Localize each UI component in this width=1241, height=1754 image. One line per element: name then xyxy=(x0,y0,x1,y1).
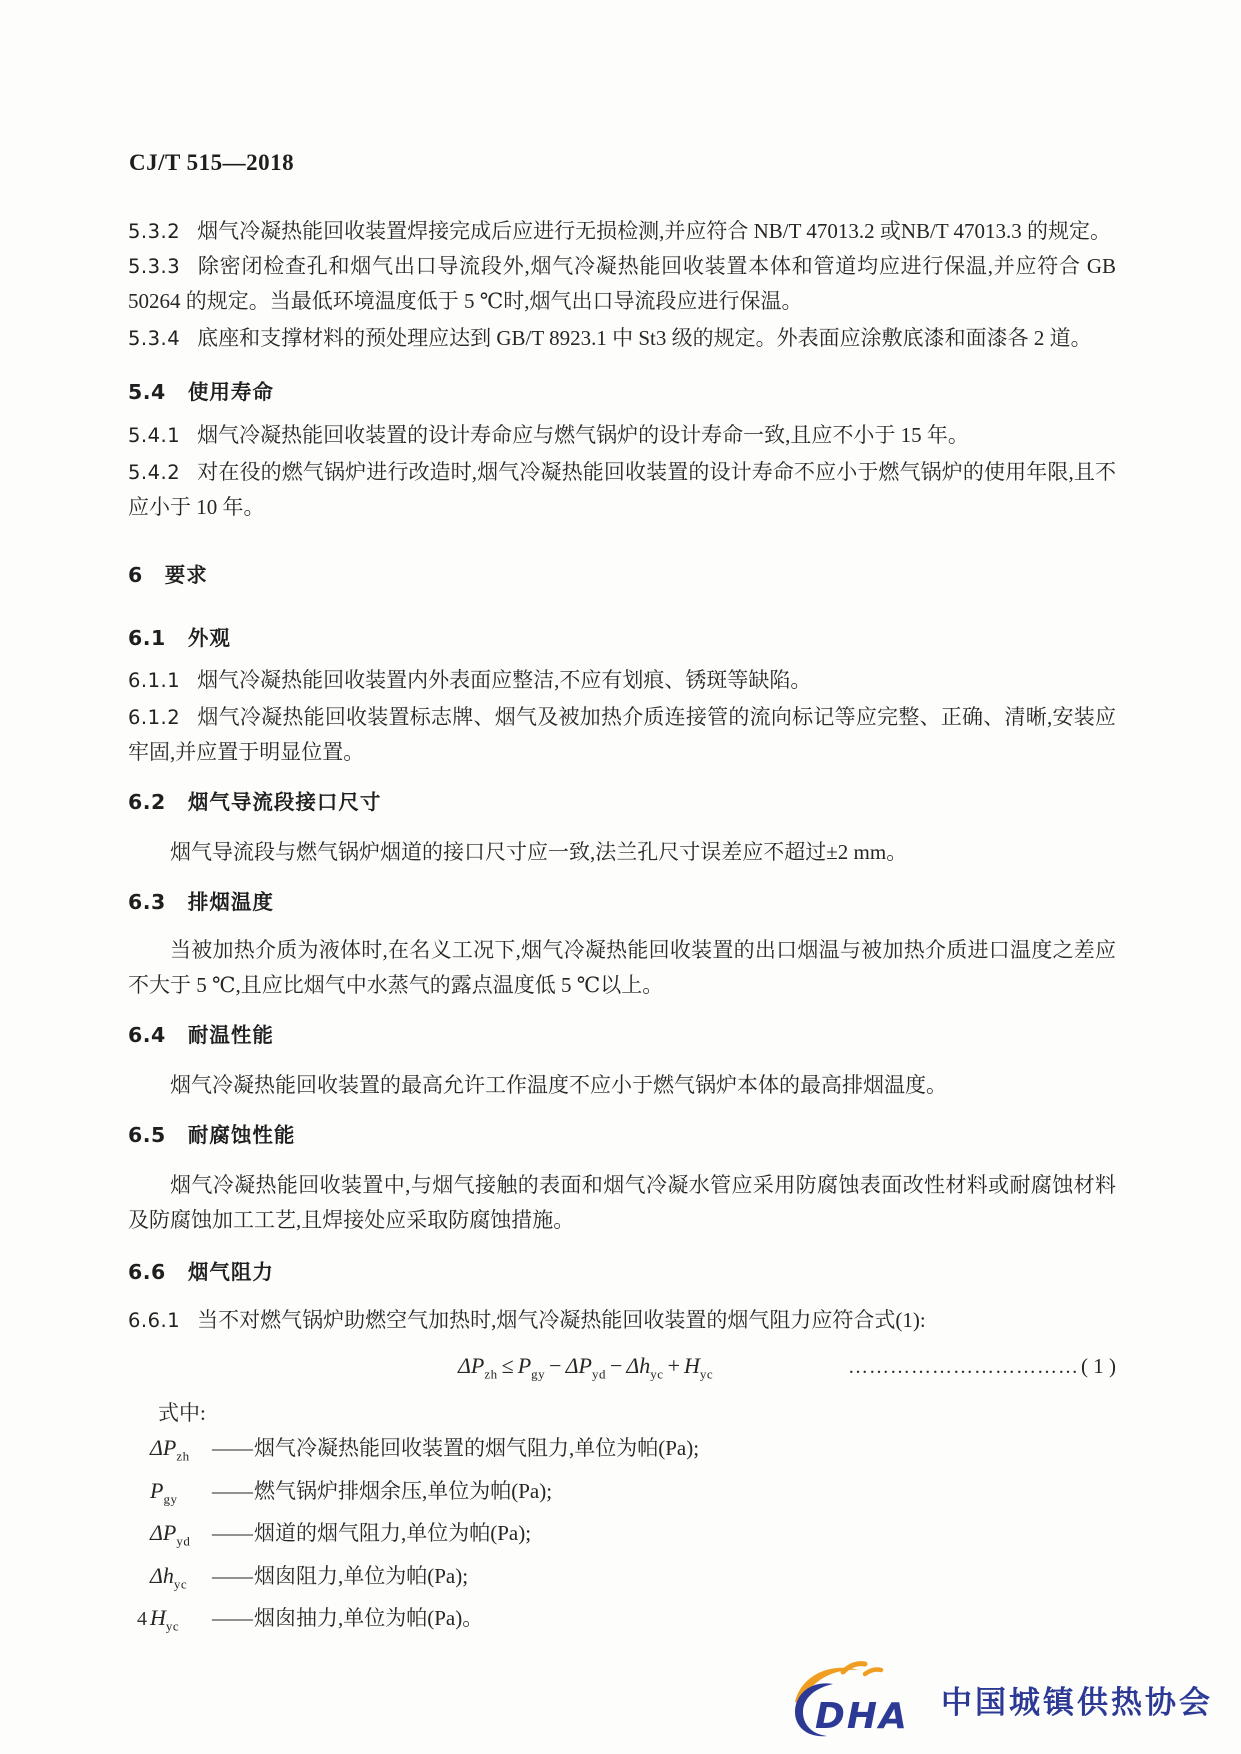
paragraph-6.3: 当被加热介质为液体时,在名义工况下,烟气冷凝热能回收装置的出口烟温与被加热介质进… xyxy=(128,933,1116,1003)
clause-5.4.1: 5.4.1烟气冷凝热能回收装置的设计寿命应与燃气锅炉的设计寿命一致,且应不小于 … xyxy=(128,418,1116,453)
clause-text: 烟气冷凝热能回收装置的设计寿命应与燃气锅炉的设计寿命一致,且应不小于 15 年。 xyxy=(197,423,969,447)
paragraph-6.4: 烟气冷凝热能回收装置的最高允许工作温度不应小于燃气锅炉本体的最高排烟温度。 xyxy=(128,1068,1116,1103)
formula-dot-leader: …………………………… xyxy=(753,1350,1079,1385)
symbol-definition: Pgy——燃气锅炉排烟余压,单位为帕(Pa); xyxy=(128,1474,1116,1516)
heading-title: 外观 xyxy=(188,626,231,650)
heading-6: 6要求 xyxy=(128,558,1116,593)
heading-title: 耐温性能 xyxy=(188,1023,274,1047)
heading-number: 6.4 xyxy=(128,1023,166,1047)
document-body: 5.3.2烟气冷凝热能回收装置焊接完成后应进行无损检测,并应符合 NB/T 47… xyxy=(128,214,1116,1643)
clause-text: 烟气冷凝热能回收装置内外表面应整洁,不应有划痕、锈斑等缺陷。 xyxy=(197,668,811,692)
clause-6.6.1: 6.6.1当不对燃气锅炉助燃空气加热时,烟气冷凝热能回收装置的烟气阻力应符合式(… xyxy=(128,1303,1116,1338)
heading-6.1: 6.1外观 xyxy=(128,621,1116,656)
where-label: 式中: xyxy=(128,1396,1116,1431)
heading-title: 耐腐蚀性能 xyxy=(188,1123,296,1147)
clause-number: 5.3.3 xyxy=(128,255,180,278)
heading-6.4: 6.4耐温性能 xyxy=(128,1018,1116,1053)
heading-number: 5.4 xyxy=(128,380,166,404)
heading-number: 6.2 xyxy=(128,790,166,814)
formula-expression: ΔPzh≤Pgy−ΔPyd−Δhyc+Hyc xyxy=(458,1348,713,1391)
heading-number: 6.6 xyxy=(128,1260,166,1284)
doc-number-header: CJ/T 515—2018 xyxy=(129,150,294,176)
paragraph-6.2: 烟气导流段与燃气锅炉烟道的接口尺寸应一致,法兰孔尺寸误差应不超过±2 mm。 xyxy=(128,835,1116,870)
heading-6.2: 6.2烟气导流段接口尺寸 xyxy=(128,785,1116,820)
heading-title: 要求 xyxy=(165,563,208,587)
clause-number: 5.3.4 xyxy=(128,327,180,350)
clause-text: 对在役的燃气锅炉进行改造时,烟气冷凝热能回收装置的设计寿命不应小于燃气锅炉的使用… xyxy=(128,460,1116,519)
clause-number: 5.4.1 xyxy=(128,424,180,447)
svg-text:DHA: DHA xyxy=(815,1696,909,1737)
logo-org-name: 中国城镇供热协会 xyxy=(941,1677,1213,1722)
symbol-definition: ΔPzh——烟气冷凝热能回收装置的烟气阻力,单位为帕(Pa); xyxy=(128,1431,1116,1473)
symbol-definition: Δhyc——烟囱阻力,单位为帕(Pa); xyxy=(128,1559,1116,1601)
paragraph-6.5: 烟气冷凝热能回收装置中,与烟气接触的表面和烟气冷凝水管应采用防腐蚀表面改性材料或… xyxy=(128,1168,1116,1238)
clause-text: 底座和支撑材料的预处理应达到 GB/T 8923.1 中 St3 级的规定。外表… xyxy=(197,326,1091,350)
cdha-logo-icon: DHA xyxy=(781,1658,931,1740)
heading-6.6: 6.6烟气阻力 xyxy=(128,1255,1116,1290)
clause-5.3.2: 5.3.2烟气冷凝热能回收装置焊接完成后应进行无损检测,并应符合 NB/T 47… xyxy=(128,214,1116,249)
heading-number: 6.5 xyxy=(128,1123,166,1147)
clause-6.1.2: 6.1.2烟气冷凝热能回收装置标志牌、烟气及被加热介质连接管的流向标记等应完整、… xyxy=(128,700,1116,770)
heading-title: 排烟温度 xyxy=(188,890,274,914)
clause-6.1.1: 6.1.1烟气冷凝热能回收装置内外表面应整洁,不应有划痕、锈斑等缺陷。 xyxy=(128,663,1116,698)
clause-text: 烟气冷凝热能回收装置标志牌、烟气及被加热介质连接管的流向标记等应完整、正确、清晰… xyxy=(128,705,1116,764)
heading-number: 6.1 xyxy=(128,626,166,650)
symbol-definition: Hyc——烟囱抽力,单位为帕(Pa)。 xyxy=(128,1601,1116,1643)
cdha-logo: DHA 中国城镇供热协会 xyxy=(781,1658,1213,1740)
clause-5.3.3: 5.3.3除密闭检查孔和烟气出口导流段外,烟气冷凝热能回收装置本体和管道均应进行… xyxy=(128,249,1116,319)
heading-number: 6 xyxy=(128,563,143,587)
clause-5.4.2: 5.4.2对在役的燃气锅炉进行改造时,烟气冷凝热能回收装置的设计寿命不应小于燃气… xyxy=(128,455,1116,525)
clause-text: 除密闭检查孔和烟气出口导流段外,烟气冷凝热能回收装置本体和管道均应进行保温,并应… xyxy=(128,254,1116,313)
clause-number: 6.1.2 xyxy=(128,706,180,729)
heading-5.4: 5.4使用寿命 xyxy=(128,375,1116,410)
page-number: 4 xyxy=(137,1608,147,1631)
clause-5.3.4: 5.3.4底座和支撑材料的预处理应达到 GB/T 8923.1 中 St3 级的… xyxy=(128,321,1116,356)
heading-6.3: 6.3排烟温度 xyxy=(128,885,1116,920)
document-page: CJ/T 515—2018 5.3.2烟气冷凝热能回收装置焊接完成后应进行无损检… xyxy=(0,0,1241,1754)
symbol-definition-list: ΔPzh——烟气冷凝热能回收装置的烟气阻力,单位为帕(Pa); Pgy——燃气锅… xyxy=(128,1431,1116,1643)
clause-number: 6.1.1 xyxy=(128,669,180,692)
heading-title: 烟气阻力 xyxy=(188,1260,274,1284)
symbol-definition: ΔPyd——烟道的烟气阻力,单位为帕(Pa); xyxy=(128,1516,1116,1558)
heading-number: 6.3 xyxy=(128,890,166,914)
heading-6.5: 6.5耐腐蚀性能 xyxy=(128,1118,1116,1153)
clause-number: 5.4.2 xyxy=(128,461,180,484)
clause-text: 当不对燃气锅炉助燃空气加热时,烟气冷凝热能回收装置的烟气阻力应符合式(1): xyxy=(197,1308,926,1332)
formula-1: ΔPzh≤Pgy−ΔPyd−Δhyc+Hyc …………………………… ( 1 ) xyxy=(128,1348,1116,1391)
clause-number: 5.3.2 xyxy=(128,220,180,243)
heading-title: 使用寿命 xyxy=(188,380,274,404)
formula-number: ( 1 ) xyxy=(1079,1349,1116,1384)
clause-text: 烟气冷凝热能回收装置焊接完成后应进行无损检测,并应符合 NB/T 47013.2… xyxy=(197,219,1111,243)
clause-number: 6.6.1 xyxy=(128,1309,180,1332)
heading-title: 烟气导流段接口尺寸 xyxy=(188,790,382,814)
